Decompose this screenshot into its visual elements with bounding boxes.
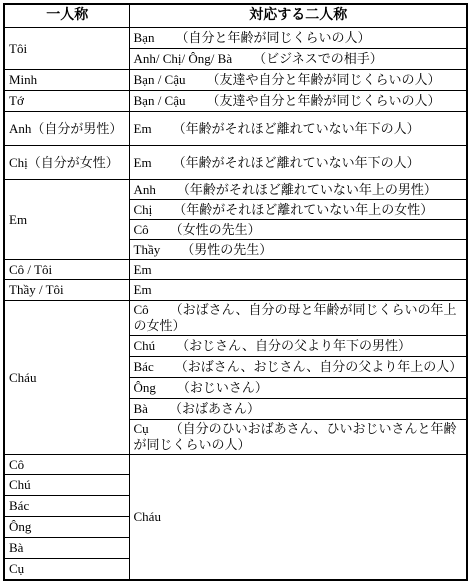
japanese-note: （友達や自分と年齢が同じくらいの人）: [207, 93, 441, 108]
second-person-cell: Cô（おばさん、自分の母と年齢が同じくらいの年上の女性）: [129, 301, 467, 336]
vietnamese-pronoun: Anh/ Chị/ Ông/ Bà: [134, 51, 233, 66]
second-person-cell: Ông（おじいさん）: [129, 378, 467, 399]
japanese-note: （年齢がそれほど離れていない年下の人）: [173, 121, 420, 136]
pronoun-table: 一人称 対応する二人称 Tôi Bạn（自分と年齢が同じくらいの人） Anh/ …: [3, 3, 468, 581]
header-first-person: 一人称: [4, 4, 129, 28]
header-second-person: 対応する二人称: [129, 4, 467, 28]
table-row: Anh（自分が男性） Em（年齢がそれほど離れていない年下の人）: [4, 112, 467, 146]
table-row: Tôi Bạn（自分と年齢が同じくらいの人）: [4, 28, 467, 49]
vietnamese-pronoun: Cụ: [134, 421, 149, 436]
first-person-cell: Bà: [4, 538, 129, 559]
second-person-cell: Em: [129, 280, 467, 301]
table-row: Cháu Cô（おばさん、自分の母と年齢が同じくらいの年上の女性）: [4, 301, 467, 336]
japanese-note: （女性の先生）: [170, 222, 261, 237]
vietnamese-pronoun: Bà: [134, 401, 148, 416]
japanese-note: （おじさん、自分の父より年下の男性）: [176, 338, 411, 353]
second-person-cell: Chú（おじさん、自分の父より年下の男性）: [129, 336, 467, 357]
japanese-note: （ビジネスでの相手）: [253, 51, 383, 66]
table-row: Thầy / Tôi Em: [4, 280, 467, 301]
vietnamese-pronoun: Bạn: [134, 30, 155, 45]
second-person-cell: Em（年齢がそれほど離れていない年下の人）: [129, 146, 467, 180]
table-row: Cô Cháu: [4, 455, 467, 475]
japanese-note: （年齢がそれほど離れていない年上の男性）: [177, 182, 437, 197]
second-person-cell: Anh（年齢がそれほど離れていない年上の男性）: [129, 180, 467, 200]
second-person-cell: Bác（おばさん、おじさん、自分の父より年上の人）: [129, 357, 467, 378]
header-row: 一人称 対応する二人称: [4, 4, 467, 28]
vietnamese-pronoun: Cô: [134, 302, 149, 317]
japanese-note: （自分と年齢が同じくらいの人）: [175, 30, 370, 45]
first-person-cell: Thầy / Tôi: [4, 280, 129, 301]
vietnamese-pronoun: Anh: [134, 182, 156, 197]
japanese-note: （男性の先生）: [181, 242, 272, 257]
vietnamese-pronoun: Bạn / Cậu: [134, 72, 186, 87]
first-person-cell: Tôi: [4, 28, 129, 70]
first-person-cell: Em: [4, 180, 129, 260]
first-person-cell: Ông: [4, 517, 129, 538]
vietnamese-pronoun: Em: [134, 121, 152, 136]
first-person-cell: Cụ: [4, 559, 129, 580]
second-person-cell: Anh/ Chị/ Ông/ Bà（ビジネスでの相手）: [129, 49, 467, 70]
first-person-cell: Cô: [4, 455, 129, 475]
second-person-cell: Cô（女性の先生）: [129, 220, 467, 240]
first-person-cell: Cô / Tôi: [4, 260, 129, 280]
japanese-note: （友達や自分と年齢が同じくらいの人）: [207, 72, 441, 87]
japanese-note: （おばあさん）: [169, 401, 260, 416]
table-row: Em Anh（年齢がそれほど離れていない年上の男性）: [4, 180, 467, 200]
japanese-note: （おばさん、おじさん、自分の父より年上の人）: [175, 359, 463, 374]
vietnamese-pronoun: Em: [134, 155, 152, 170]
japanese-note: （自分のひいおばあさん、ひいおじいさんと年齢が同じくらいの人）: [134, 421, 457, 452]
second-person-cell: Em（年齢がそれほど離れていない年下の人）: [129, 112, 467, 146]
vietnamese-pronoun: Cô: [134, 222, 149, 237]
vietnamese-pronoun: Chị: [134, 202, 153, 217]
document-page: 一人称 対応する二人称 Tôi Bạn（自分と年齢が同じくらいの人） Anh/ …: [0, 0, 469, 585]
first-person-cell: Bác: [4, 496, 129, 517]
second-person-cell: Thầy（男性の先生）: [129, 240, 467, 260]
table-row: Cô / Tôi Em: [4, 260, 467, 280]
second-person-cell: Chị（年齢がそれほど離れていない年上の女性）: [129, 200, 467, 220]
second-person-cell: Bạn（自分と年齢が同じくらいの人）: [129, 28, 467, 49]
first-person-cell: Anh（自分が男性）: [4, 112, 129, 146]
japanese-note: （年齢がそれほど離れていない年下の人）: [173, 155, 420, 170]
second-person-cell: Cụ（自分のひいおばあさん、ひいおじいさんと年齢が同じくらいの人）: [129, 420, 467, 455]
first-person-cell: Tớ: [4, 91, 129, 112]
vietnamese-pronoun: Thầy: [134, 242, 161, 257]
first-person-cell: Cháu: [4, 301, 129, 455]
second-person-cell: Cháu: [129, 455, 467, 580]
first-person-cell: Minh: [4, 70, 129, 91]
japanese-note: （おばさん、自分の母と年齢が同じくらいの年上の女性）: [134, 302, 457, 333]
second-person-cell: Bạn / Cậu（友達や自分と年齢が同じくらいの人）: [129, 70, 467, 91]
first-person-cell: Chị（自分が女性）: [4, 146, 129, 180]
table-row: Chị（自分が女性） Em（年齢がそれほど離れていない年下の人）: [4, 146, 467, 180]
vietnamese-pronoun: Chú: [134, 338, 156, 353]
first-person-cell: Chú: [4, 475, 129, 496]
table-row: Tớ Bạn / Cậu（友達や自分と年齢が同じくらいの人）: [4, 91, 467, 112]
vietnamese-pronoun: Ông: [134, 380, 156, 395]
second-person-cell: Bà（おばあさん）: [129, 399, 467, 420]
vietnamese-pronoun: Bạn / Cậu: [134, 93, 186, 108]
table-row: Minh Bạn / Cậu（友達や自分と年齢が同じくらいの人）: [4, 70, 467, 91]
japanese-note: （おじいさん）: [177, 380, 268, 395]
second-person-cell: Bạn / Cậu（友達や自分と年齢が同じくらいの人）: [129, 91, 467, 112]
vietnamese-pronoun: Bác: [134, 359, 154, 374]
second-person-cell: Em: [129, 260, 467, 280]
japanese-note: （年齢がそれほど離れていない年上の女性）: [173, 202, 433, 217]
